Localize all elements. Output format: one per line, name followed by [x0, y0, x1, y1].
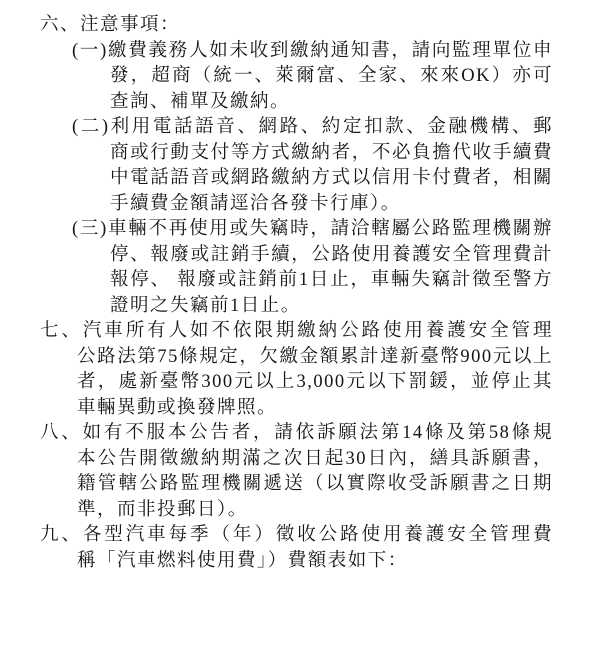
item-6-2-line-3: 中電話語音或網路繳納方式以信用卡付費者，相關刷卡 — [40, 166, 553, 192]
section-9-line-2: 稱「汽車燃料使用費」）費額表如下： — [40, 549, 553, 575]
section-6-heading: 六、注意事項： — [40, 13, 553, 39]
item-6-2-line-1: (二)利用電話語音、網路、約定扣款、金融機構、郵局、超 — [40, 115, 553, 141]
item-6-3-line-3: 報停、 報廢或註銷前1日止，車輛失竊計徵至警方開立 — [40, 268, 553, 294]
section-8-line-1: 八、如有不服本公告者，請依訴願法第14條及第58條規定，於 — [40, 421, 553, 447]
item-6-2-line-2: 商或行動支付等方式繳納者，不必負擔代收手續費（其 — [40, 141, 553, 167]
section-7-line-3: 者，處新臺幣300元以上3,000元以下罰鍰，並停止其辦理 — [40, 370, 553, 396]
item-6-3-line-2: 停、報廢或註銷手續，公路使用養護安全管理費計徵至 — [40, 243, 553, 269]
item-6-1-line-1: (一)繳費義務人如未收到繳納通知書，請向監理單位申請補 — [40, 39, 553, 65]
document-page: 六、注意事項： (一)繳費義務人如未收到繳納通知書，請向監理單位申請補 發，超商… — [0, 0, 603, 660]
section-8-line-2: 本公告開徵繳納期滿之次日起30日內，繕具訴願書，向車 — [40, 447, 553, 473]
item-6-3-line-4: 證明之失竊前1日止。 — [40, 294, 553, 320]
section-7-line-4: 車輛異動或換發牌照。 — [40, 396, 553, 422]
notice-body: 六、注意事項： (一)繳費義務人如未收到繳納通知書，請向監理單位申請補 發，超商… — [40, 13, 553, 574]
section-7-line-2: 公路法第75條規定，欠繳金額累計達新臺幣900元以上 — [40, 345, 553, 371]
section-9-line-1: 九、各型汽車每季（年）徵收公路使用養護安全管理費（原名 — [40, 523, 553, 549]
item-6-3-line-1: (三)車輛不再使用或失竊時，請洽轄屬公路監理機關辦理報 — [40, 217, 553, 243]
section-7-line-1: 七、汽車所有人如不依限期繳納公路使用養護安全管理費，依 — [40, 319, 553, 345]
item-6-2-line-4: 手續費金額請逕洽各發卡行庫）。 — [40, 192, 553, 218]
item-6-1-line-3: 查詢、補單及繳納。 — [40, 90, 553, 116]
item-6-1-line-2: 發，超商（統一、萊爾富、全家、來來OK）亦可即時 — [40, 64, 553, 90]
section-8-line-3: 籍管轄公路監理機關遞送（以實際收受訴願書之日期為 — [40, 472, 553, 498]
section-8-line-4: 準，而非投郵日）。 — [40, 498, 553, 524]
